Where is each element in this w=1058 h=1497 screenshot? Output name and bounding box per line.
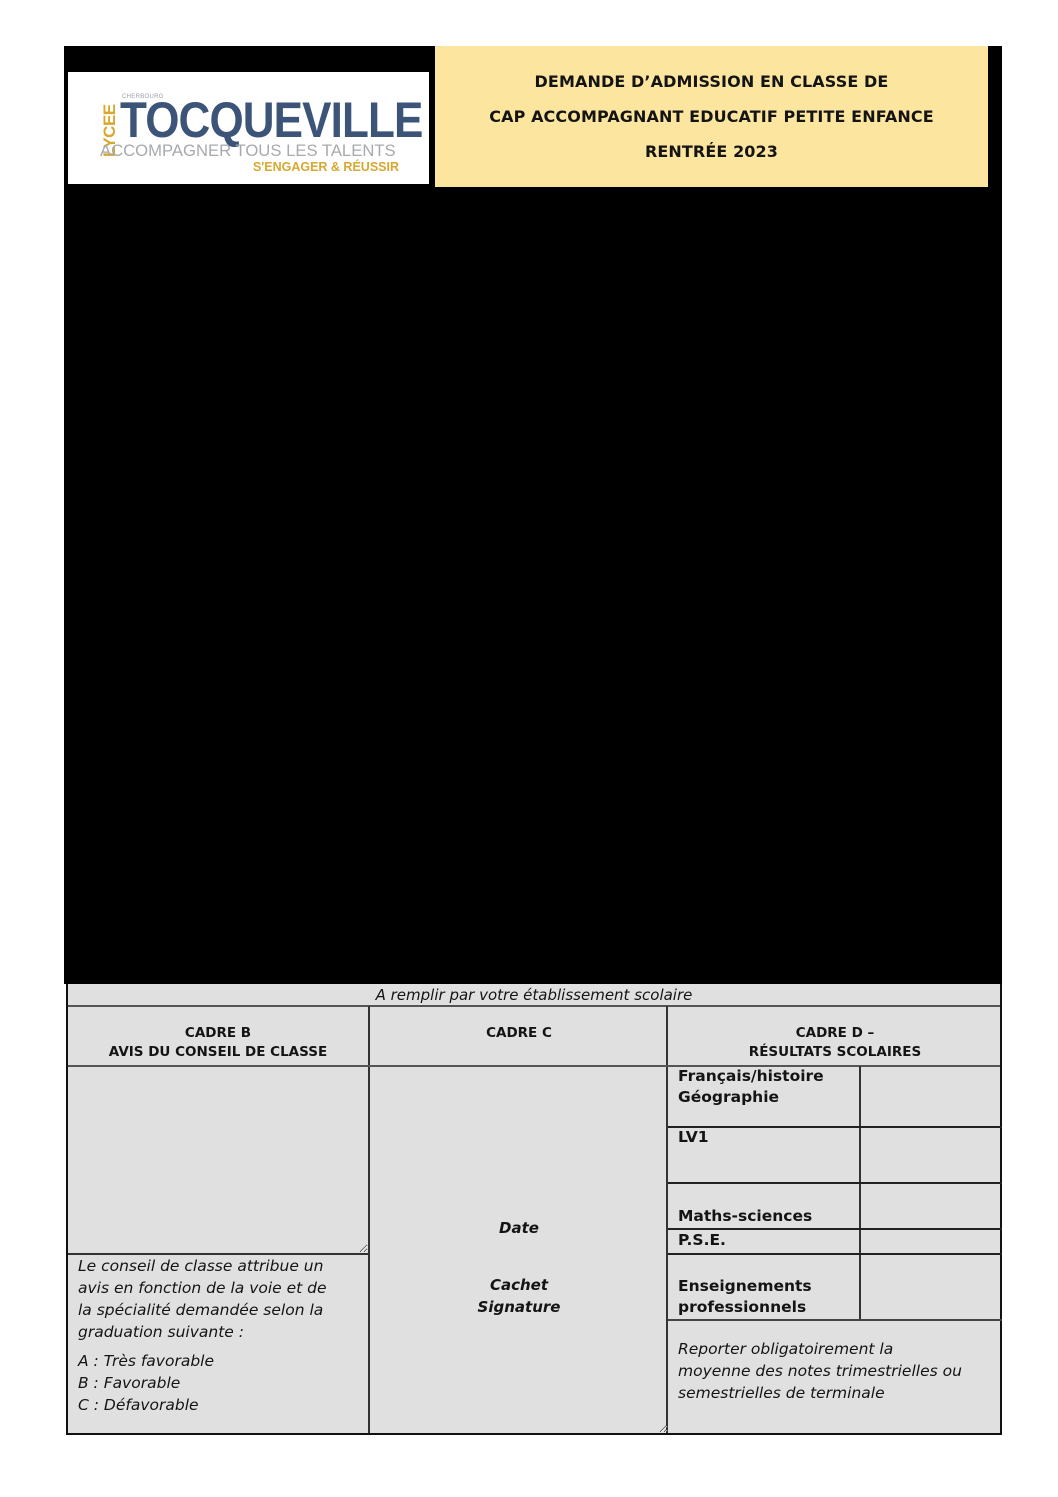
cadre-b-title: CADRE B AVIS DU CONSEIL DE CLASSE xyxy=(68,1024,368,1062)
grade-lv1-input[interactable] xyxy=(861,1128,1002,1183)
grade-option-b: B : Favorable xyxy=(78,1372,363,1394)
subject-pse: P.S.E. xyxy=(678,1230,726,1251)
document-title-line-1: DEMANDE D’ADMISSION EN CLASSE DE xyxy=(535,64,889,99)
logo-school-name: TOCQUEVILLE xyxy=(120,94,422,146)
cadre-d-title: CADRE D – RÉSULTATS SCOLAIRES xyxy=(668,1024,1002,1062)
school-logo: LYCEE CHERBOURG TOCQUEVILLE ACCOMPAGNER … xyxy=(68,72,429,184)
cadre-b-grade-scale: A : Très favorable B : Favorable C : Déf… xyxy=(78,1350,363,1416)
cadre-d-title-line-2: RÉSULTATS SCOLAIRES xyxy=(668,1043,1002,1062)
instruction-line: Reporter obligatoirement la xyxy=(678,1338,1000,1360)
divider xyxy=(668,1319,1002,1321)
grade-option-a: A : Très favorable xyxy=(78,1350,363,1372)
cadre-b-title-line-1: CADRE B xyxy=(68,1024,368,1043)
document-title-box: DEMANDE D’ADMISSION EN CLASSE DE CAP ACC… xyxy=(435,46,988,187)
subject-maths-sciences: Maths-sciences xyxy=(678,1206,812,1227)
subject-label: Français/histoire xyxy=(678,1066,824,1087)
document-title-line-2: CAP ACCOMPAGNANT EDUCATIF PETITE ENFANCE xyxy=(489,99,933,134)
form-banner: A remplir par votre établissement scolai… xyxy=(68,986,1000,1004)
instruction-line: graduation suivante : xyxy=(78,1321,363,1343)
cadre-d-title-line-1: CADRE D – xyxy=(668,1024,1002,1043)
cadre-b-avis-field[interactable] xyxy=(68,1066,368,1253)
subject-label: Géographie xyxy=(678,1087,824,1108)
logo-subtagline: S'ENGAGER & RÉUSSIR xyxy=(253,160,399,174)
grade-francais-histoire-input[interactable] xyxy=(861,1066,1002,1127)
cadre-d-instructions: Reporter obligatoirement la moyenne des … xyxy=(678,1338,1000,1404)
subject-lv1: LV1 xyxy=(678,1127,709,1148)
subject-francais-histoire: Français/histoire Géographie xyxy=(678,1066,824,1108)
subject-label: professionnels xyxy=(678,1297,812,1318)
cadre-b-instructions: Le conseil de classe attribue un avis en… xyxy=(78,1255,363,1343)
grade-maths-sciences-input[interactable] xyxy=(861,1184,1002,1229)
grade-pse-input[interactable] xyxy=(861,1230,1002,1253)
cadre-c-signature-area[interactable] xyxy=(370,1066,668,1433)
instruction-line: Le conseil de classe attribue un xyxy=(78,1255,363,1277)
divider xyxy=(68,1005,1000,1007)
cachet-label: Cachet xyxy=(370,1274,668,1296)
document-title-line-3: RENTRÉE 2023 xyxy=(645,134,778,169)
subject-label: Enseignements xyxy=(678,1276,812,1297)
grade-enseignements-pro-input[interactable] xyxy=(861,1255,1002,1319)
cadre-c-title: CADRE C xyxy=(370,1024,668,1043)
instruction-line: semestrielles de terminale xyxy=(678,1382,1000,1404)
instruction-line: la spécialité demandée selon la xyxy=(78,1299,363,1321)
subject-enseignements-professionnels: Enseignements professionnels xyxy=(678,1276,812,1318)
date-label: Date xyxy=(370,1217,668,1239)
cadre-b-title-line-2: AVIS DU CONSEIL DE CLASSE xyxy=(68,1043,368,1062)
grade-option-c: C : Défavorable xyxy=(78,1394,363,1416)
signature-label: Signature xyxy=(370,1296,668,1318)
instruction-line: moyenne des notes trimestrielles ou xyxy=(678,1360,1000,1382)
logo-tagline: ACCOMPAGNER TOUS LES TALENTS xyxy=(100,142,396,159)
instruction-line: avis en fonction de la voie et de xyxy=(78,1277,363,1299)
school-form-table: A remplir par votre établissement scolai… xyxy=(66,984,1002,1435)
